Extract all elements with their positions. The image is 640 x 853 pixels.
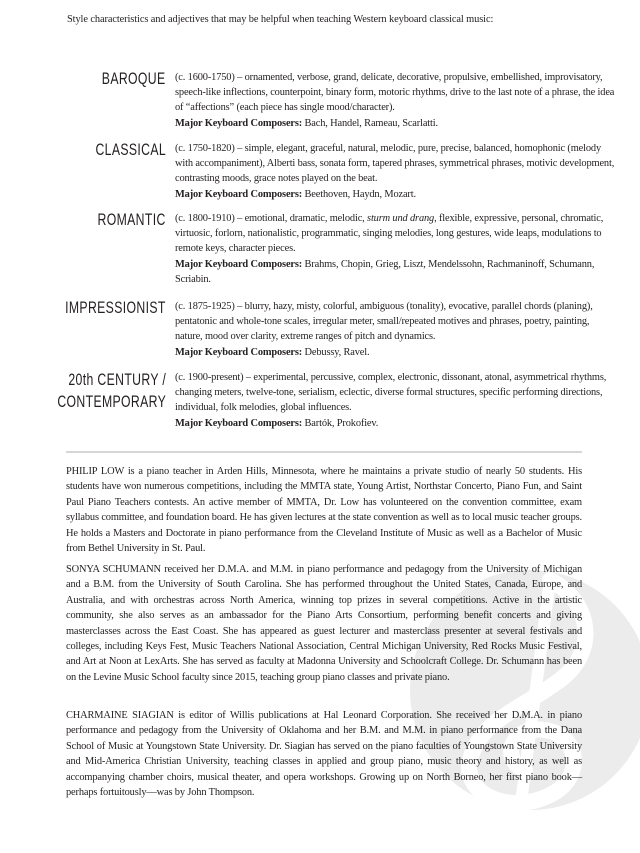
era-label: BAROQUE xyxy=(102,69,166,89)
composers-label: Major Keyboard Composers: xyxy=(175,189,302,200)
era-label: 20th CENTURY / CONTEMPORARY xyxy=(57,369,166,413)
composers-label: Major Keyboard Composers: xyxy=(175,418,302,429)
era-description: (c. 1600-1750) – ornamented, verbose, gr… xyxy=(175,70,615,131)
era-description: (c. 1800-1910) – emotional, dramatic, me… xyxy=(175,211,615,287)
era-label: IMPRESSIONIST xyxy=(65,298,166,318)
era-description: (c. 1875-1925) – blurry, hazy, misty, co… xyxy=(175,299,615,360)
intro-text: Style characteristics and adjectives tha… xyxy=(67,13,627,27)
bio-charmaine-siagian: CHARMAINE SIAGIAN is editor of Willis pu… xyxy=(66,708,582,800)
era-description: (c. 1750-1820) – simple, elegant, gracef… xyxy=(175,141,615,202)
composers-list: Bartók, Prokofiev. xyxy=(305,418,379,429)
composers-list: Bach, Handel, Rameau, Scarlatti. xyxy=(305,118,438,129)
era-label: ROMANTIC xyxy=(98,210,166,230)
era-description: (c. 1900-present) – experimental, percus… xyxy=(175,370,615,431)
bio-sonya-schumann: SONYA SCHUMANN received her D.M.A. and M… xyxy=(66,562,582,685)
italic-term: sturm und drang xyxy=(367,213,434,224)
composers-label: Major Keyboard Composers: xyxy=(175,118,302,129)
era-label-line2: CONTEMPORARY xyxy=(57,391,166,413)
composers-label: Major Keyboard Composers: xyxy=(175,259,302,270)
composers-label: Major Keyboard Composers: xyxy=(175,347,302,358)
era-label-line1: 20th CENTURY / xyxy=(57,369,166,391)
era-label: CLASSICAL xyxy=(95,140,166,160)
section-divider xyxy=(66,451,582,453)
composers-list: Debussy, Ravel. xyxy=(305,347,370,358)
bio-philip-low: PHILIP LOW is a piano teacher in Arden H… xyxy=(66,464,582,556)
composers-list: Beethoven, Haydn, Mozart. xyxy=(305,189,416,200)
